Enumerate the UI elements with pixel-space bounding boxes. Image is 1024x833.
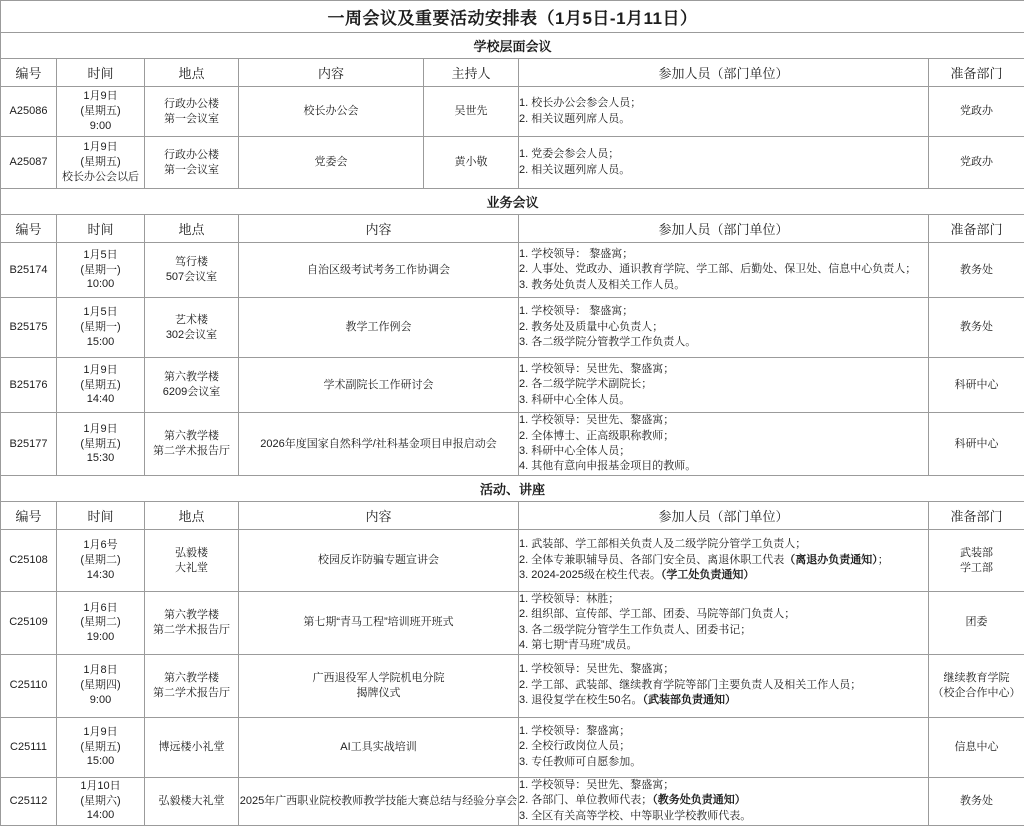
participants-text: 1. 学校领导： 黎盛寓； <box>519 248 633 260</box>
participants-line: 1. 学校领导： 黎盛寓； <box>519 247 928 262</box>
content-line: 第七期“青马工程”培训班开班式 <box>239 615 518 630</box>
cell-time: 1月5日(星期一)10:00 <box>57 243 145 298</box>
cell-prep: 武装部学工部 <box>929 530 1024 592</box>
participants-text: 2. 教务处及质量中心负责人； <box>519 321 663 333</box>
prep-line: 党政办 <box>929 104 1024 119</box>
cell-place: 艺术楼302会议室 <box>145 298 239 358</box>
time-line: 校长办公会以后 <box>57 170 144 185</box>
prep-line: 继续教育学院 <box>929 671 1024 686</box>
place-line: 6209会议室 <box>145 385 238 400</box>
cell-time: 1月8日(星期四)9:00 <box>57 654 145 717</box>
time-line: 1月10日 <box>57 779 144 794</box>
place-line: 第一会议室 <box>145 112 238 127</box>
place-line: 博远楼小礼堂 <box>145 740 238 755</box>
time-line: (星期二) <box>57 615 144 630</box>
column-header-place: 地点 <box>145 59 239 87</box>
time-line: (星期五) <box>57 155 144 170</box>
column-header-participants: 参加人员（部门单位） <box>519 215 929 243</box>
time-line: (星期二) <box>57 553 144 568</box>
cell-prep: 团委 <box>929 592 1024 655</box>
time-line: 1月6号 <box>57 538 144 553</box>
participants-text: 2. 全体专兼职辅导员、各部门安全员、离退休职工代表 <box>519 554 784 566</box>
column-header-content: 内容 <box>239 215 519 243</box>
prep-line: 教务处 <box>929 794 1024 809</box>
participants-text: ； <box>878 554 889 566</box>
place-line: 弘毅楼大礼堂 <box>145 794 238 809</box>
cell-prep: 党政办 <box>929 87 1024 137</box>
schedule-table: 一周会议及重要活动安排表（1月5日-1月11日） 学校层面会议编号时间地点内容主… <box>0 0 1024 826</box>
participants-text: 1. 学校领导：吴世先、黎盛寓； <box>519 414 674 426</box>
participants-text: 2. 组织部、宣传部、学工部、团委、马院等部门负责人； <box>519 608 795 620</box>
participants-line: 1. 学校领导：吴世先、黎盛寓； <box>519 362 928 377</box>
participants-text: 3. 各二级学院分管教学工作负责人。 <box>519 336 696 348</box>
participants-line: 2. 学工部、武装部、继续教育学院等部门主要负责人及相关工作人员； <box>519 678 928 693</box>
cell-prep: 教务处 <box>929 298 1024 358</box>
time-line: 14:30 <box>57 568 144 583</box>
prep-line: 武装部 <box>929 546 1024 561</box>
cell-place: 行政办公楼第一会议室 <box>145 87 239 137</box>
column-header-place: 地点 <box>145 215 239 243</box>
place-line: 大礼堂 <box>145 561 238 576</box>
participants-line: 3. 全区有关高等学校、中等职业学校教师代表。 <box>519 809 928 824</box>
cell-place: 弘毅楼大礼堂 <box>145 777 239 825</box>
prep-line: 科研中心 <box>929 437 1024 452</box>
participants-text: 2. 全体博士、正高级职称教师； <box>519 430 674 442</box>
table-row: C251081月6号(星期二)14:30弘毅楼大礼堂校园反诈防骗专题宣讲会1. … <box>1 530 1024 592</box>
time-line: (星期五) <box>57 378 144 393</box>
column-header-content: 内容 <box>239 59 424 87</box>
prep-line: 党政办 <box>929 155 1024 170</box>
participants-line: 2. 人事处、党政办、通识教育学院、学工部、后勤处、保卫处、信息中心负责人； <box>519 262 928 277</box>
cell-prep: 信息中心 <box>929 717 1024 777</box>
time-line: 1月9日 <box>57 422 144 437</box>
cell-time: 1月9日(星期五)15:30 <box>57 413 145 476</box>
participants-line: 3. 2024-2025级在校生代表。（学工处负责通知） <box>519 568 928 583</box>
cell-content: 2025年广西职业院校教师教学技能大赛总结与经验分享会 <box>239 777 519 825</box>
cell-prep: 科研中心 <box>929 413 1024 476</box>
participants-line: 4. 其他有意向申报基金项目的教师。 <box>519 459 928 474</box>
participants-notice-bold: （武装部负责通知） <box>642 694 736 706</box>
cell-place: 第六教学楼6209会议室 <box>145 358 239 413</box>
section-title: 活动、讲座 <box>1 476 1024 502</box>
participants-line: 1. 党委会参会人员； <box>519 147 928 162</box>
participants-line: 3. 专任教师可自愿参加。 <box>519 755 928 770</box>
table-row: B251751月5日(星期一)15:00艺术楼302会议室教学工作例会1. 学校… <box>1 298 1024 358</box>
column-header-participants: 参加人员（部门单位） <box>519 502 929 530</box>
cell-time: 1月5日(星期一)15:00 <box>57 298 145 358</box>
column-header-time: 时间 <box>57 502 145 530</box>
cell-time: 1月10日(星期六)14:00 <box>57 777 145 825</box>
participants-line: 2. 教务处及质量中心负责人； <box>519 320 928 335</box>
participants-text: 2. 相关议题列席人员。 <box>519 164 630 176</box>
place-line: 507会议室 <box>145 270 238 285</box>
participants-text: 3. 全区有关高等学校、中等职业学校教师代表。 <box>519 810 751 822</box>
place-line: 第六教学楼 <box>145 429 238 444</box>
table-row: A250861月9日(星期五)9:00行政办公楼第一会议室校长办公会吴世先1. … <box>1 87 1024 137</box>
time-line: (星期五) <box>57 437 144 452</box>
participants-line: 3. 各二级学院分管学生工作负责人、团委书记； <box>519 623 928 638</box>
page-title: 一周会议及重要活动安排表（1月5日-1月11日） <box>1 1 1024 33</box>
place-line: 第二学术报告厅 <box>145 686 238 701</box>
cell-participants: 1. 学校领导： 黎盛寓；2. 人事处、党政办、通识教育学院、学工部、后勤处、保… <box>519 243 929 298</box>
cell-prep: 教务处 <box>929 777 1024 825</box>
time-line: 15:00 <box>57 754 144 769</box>
cell-host: 黄小敬 <box>424 137 519 189</box>
cell-participants: 1. 武装部、学工部相关负责人及二级学院分管学工负责人；2. 全体专兼职辅导员、… <box>519 530 929 592</box>
cell-id: B25174 <box>1 243 57 298</box>
participants-text: 1. 学校领导：吴世先、黎盛寓； <box>519 663 674 675</box>
participants-text: 3. 各二级学院分管学生工作负责人、团委书记； <box>519 624 751 636</box>
cell-participants: 1. 学校领导：吴世先、黎盛寓；2. 学工部、武装部、继续教育学院等部门主要负责… <box>519 654 929 717</box>
content-line: 自治区级考试考务工作协调会 <box>239 263 518 278</box>
prep-line: 信息中心 <box>929 740 1024 755</box>
section-band-row: 业务会议 <box>1 189 1024 215</box>
prep-line: 教务处 <box>929 320 1024 335</box>
participants-text: 1. 学校领导：吴世先、黎盛寓； <box>519 779 674 791</box>
cell-time: 1月9日(星期五)14:40 <box>57 358 145 413</box>
cell-id: C25108 <box>1 530 57 592</box>
column-header-id: 编号 <box>1 59 57 87</box>
content-line: 2025年广西职业院校教师教学技能大赛总结与经验分享会 <box>239 794 518 809</box>
participants-line: 3. 退役复学在校生50名。（武装部负责通知） <box>519 693 928 708</box>
cell-participants: 1. 学校领导：黎盛寓；2. 全校行政岗位人员；3. 专任教师可自愿参加。 <box>519 717 929 777</box>
cell-content: 自治区级考试考务工作协调会 <box>239 243 519 298</box>
place-line: 第六教学楼 <box>145 370 238 385</box>
participants-line: 4. 第七期“青马班”成员。 <box>519 638 928 653</box>
cell-id: C25111 <box>1 717 57 777</box>
cell-place: 笃行楼507会议室 <box>145 243 239 298</box>
table-row: C251111月9日(星期五)15:00博远楼小礼堂AI工具实战培训1. 学校领… <box>1 717 1024 777</box>
cell-time: 1月9日(星期五)9:00 <box>57 87 145 137</box>
time-line: 15:00 <box>57 335 144 350</box>
time-line: 19:00 <box>57 630 144 645</box>
cell-prep: 教务处 <box>929 243 1024 298</box>
table-row: C251091月6日(星期二)19:00第六教学楼第二学术报告厅第七期“青马工程… <box>1 592 1024 655</box>
participants-notice-bold: （离退办负责通知） <box>784 554 878 566</box>
content-line: 校园反诈防骗专题宣讲会 <box>239 553 518 568</box>
time-line: (星期五) <box>57 740 144 755</box>
participants-text: 3. 2024-2025级在校生代表。 <box>519 569 661 581</box>
cell-id: B25175 <box>1 298 57 358</box>
participants-text: 2. 学工部、武装部、继续教育学院等部门主要负责人及相关工作人员； <box>519 679 861 691</box>
cell-content: 广西退役军人学院机电分院揭牌仪式 <box>239 654 519 717</box>
content-line: 2026年度国家自然科学/社科基金项目申报启动会 <box>239 437 518 452</box>
content-line: 学术副院长工作研讨会 <box>239 378 518 393</box>
column-header-host: 主持人 <box>424 59 519 87</box>
participants-line: 1. 学校领导：吴世先、黎盛寓； <box>519 662 928 677</box>
cell-place: 第六教学楼第二学术报告厅 <box>145 654 239 717</box>
participants-text: 4. 第七期“青马班”成员。 <box>519 639 638 651</box>
cell-place: 第六教学楼第二学术报告厅 <box>145 413 239 476</box>
place-line: 弘毅楼 <box>145 546 238 561</box>
column-header-time: 时间 <box>57 59 145 87</box>
cell-prep: 科研中心 <box>929 358 1024 413</box>
content-line: AI工具实战培训 <box>239 740 518 755</box>
prep-line: 科研中心 <box>929 378 1024 393</box>
cell-content: 2026年度国家自然科学/社科基金项目申报启动会 <box>239 413 519 476</box>
participants-text: 1. 武装部、学工部相关负责人及二级学院分管学工负责人； <box>519 538 806 550</box>
place-line: 行政办公楼 <box>145 148 238 163</box>
participants-line: 1. 学校领导：林胜； <box>519 592 928 607</box>
cell-participants: 1. 学校领导：吴世先、黎盛寓；2. 各二级学院学术副院长；3. 科研中心全体人… <box>519 358 929 413</box>
participants-text: 4. 其他有意向申报基金项目的教师。 <box>519 460 696 472</box>
content-line: 教学工作例会 <box>239 320 518 335</box>
participants-text: 1. 学校领导：吴世先、黎盛寓； <box>519 363 674 375</box>
cell-content: 第七期“青马工程”培训班开班式 <box>239 592 519 655</box>
cell-id: C25109 <box>1 592 57 655</box>
participants-text: 2. 各部门、单位教师代表； <box>519 794 652 806</box>
participants-line: 2. 相关议题列席人员。 <box>519 112 928 127</box>
cell-id: A25086 <box>1 87 57 137</box>
column-header-row: 编号时间地点内容参加人员（部门单位）准备部门 <box>1 502 1024 530</box>
section-band-row: 学校层面会议 <box>1 33 1024 59</box>
title-row: 一周会议及重要活动安排表（1月5日-1月11日） <box>1 1 1024 33</box>
cell-place: 博远楼小礼堂 <box>145 717 239 777</box>
time-line: 9:00 <box>57 693 144 708</box>
column-header-prep: 准备部门 <box>929 59 1024 87</box>
participants-text: 1. 学校领导： 黎盛寓； <box>519 305 633 317</box>
cell-time: 1月9日(星期五)校长办公会以后 <box>57 137 145 189</box>
participants-text: 3. 科研中心全体人员； <box>519 445 630 457</box>
place-line: 302会议室 <box>145 328 238 343</box>
content-line: 党委会 <box>239 155 423 170</box>
cell-id: C25112 <box>1 777 57 825</box>
participants-notice-bold: （教务处负责通知） <box>652 794 746 806</box>
time-line: 1月5日 <box>57 248 144 263</box>
participants-line: 1. 学校领导：吴世先、黎盛寓； <box>519 413 928 428</box>
section-band-row: 活动、讲座 <box>1 476 1024 502</box>
cell-place: 行政办公楼第一会议室 <box>145 137 239 189</box>
participants-text: 2. 相关议题列席人员。 <box>519 113 630 125</box>
column-header-content: 内容 <box>239 502 519 530</box>
participants-text: 1. 学校领导：黎盛寓； <box>519 725 630 737</box>
cell-content: 校长办公会 <box>239 87 424 137</box>
column-header-row: 编号时间地点内容主持人参加人员（部门单位）准备部门 <box>1 59 1024 87</box>
place-line: 笃行楼 <box>145 255 238 270</box>
participants-text: 3. 专任教师可自愿参加。 <box>519 756 641 768</box>
table-row: C251121月10日(星期六)14:00弘毅楼大礼堂2025年广西职业院校教师… <box>1 777 1024 825</box>
time-line: 14:00 <box>57 808 144 823</box>
participants-line: 3. 科研中心全体人员； <box>519 444 928 459</box>
column-header-prep: 准备部门 <box>929 502 1024 530</box>
column-header-row: 编号时间地点内容参加人员（部门单位）准备部门 <box>1 215 1024 243</box>
cell-id: B25177 <box>1 413 57 476</box>
cell-participants: 1. 校长办公会参会人员；2. 相关议题列席人员。 <box>519 87 929 137</box>
time-line: 1月5日 <box>57 305 144 320</box>
cell-place: 第六教学楼第二学术报告厅 <box>145 592 239 655</box>
cell-content: 校园反诈防骗专题宣讲会 <box>239 530 519 592</box>
participants-text: 2. 人事处、党政办、通识教育学院、学工部、后勤处、保卫处、信息中心负责人； <box>519 263 916 275</box>
cell-content: AI工具实战培训 <box>239 717 519 777</box>
participants-line: 2. 组织部、宣传部、学工部、团委、马院等部门负责人； <box>519 607 928 622</box>
participants-line: 3. 各二级学院分管教学工作负责人。 <box>519 335 928 350</box>
cell-participants: 1. 学校领导：吴世先、黎盛寓；2. 全体博士、正高级职称教师；3. 科研中心全… <box>519 413 929 476</box>
participants-line: 1. 学校领导：吴世先、黎盛寓； <box>519 778 928 793</box>
participants-line: 2. 全校行政岗位人员； <box>519 739 928 754</box>
column-header-prep: 准备部门 <box>929 215 1024 243</box>
participants-text: 1. 学校领导：林胜； <box>519 593 619 605</box>
cell-prep: 继续教育学院（校企合作中心） <box>929 654 1024 717</box>
participants-line: 2. 相关议题列席人员。 <box>519 163 928 178</box>
cell-content: 党委会 <box>239 137 424 189</box>
place-line: 第二学术报告厅 <box>145 444 238 459</box>
column-header-place: 地点 <box>145 502 239 530</box>
prep-line: （校企合作中心） <box>929 686 1024 701</box>
time-line: (星期六) <box>57 794 144 809</box>
place-line: 第一会议室 <box>145 163 238 178</box>
time-line: 14:40 <box>57 392 144 407</box>
column-header-participants: 参加人员（部门单位） <box>519 59 929 87</box>
cell-time: 1月6日(星期二)19:00 <box>57 592 145 655</box>
place-line: 行政办公楼 <box>145 97 238 112</box>
time-line: 1月9日 <box>57 363 144 378</box>
participants-line: 2. 全体博士、正高级职称教师； <box>519 429 928 444</box>
participants-text: 1. 校长办公会参会人员； <box>519 97 641 109</box>
cell-content: 教学工作例会 <box>239 298 519 358</box>
cell-time: 1月9日(星期五)15:00 <box>57 717 145 777</box>
time-line: 1月8日 <box>57 663 144 678</box>
time-line: 10:00 <box>57 277 144 292</box>
participants-line: 3. 教务处负责人及相关工作人员。 <box>519 278 928 293</box>
cell-prep: 党政办 <box>929 137 1024 189</box>
cell-id: B25176 <box>1 358 57 413</box>
table-row: B251771月9日(星期五)15:30第六教学楼第二学术报告厅2026年度国家… <box>1 413 1024 476</box>
time-line: (星期一) <box>57 263 144 278</box>
schedule-page: 一周会议及重要活动安排表（1月5日-1月11日） 学校层面会议编号时间地点内容主… <box>0 0 1024 833</box>
participants-text: 3. 科研中心全体人员。 <box>519 394 630 406</box>
participants-line: 3. 科研中心全体人员。 <box>519 393 928 408</box>
participants-line: 2. 各部门、单位教师代表；（教务处负责通知） <box>519 793 928 808</box>
participants-line: 1. 学校领导：黎盛寓； <box>519 724 928 739</box>
prep-line: 学工部 <box>929 561 1024 576</box>
participants-line: 1. 校长办公会参会人员； <box>519 96 928 111</box>
time-line: (星期四) <box>57 678 144 693</box>
time-line: 1月9日 <box>57 89 144 104</box>
participants-notice-bold: （学工处负责通知） <box>661 569 755 581</box>
place-line: 第六教学楼 <box>145 671 238 686</box>
time-line: 9:00 <box>57 119 144 134</box>
participants-line: 1. 武装部、学工部相关负责人及二级学院分管学工负责人； <box>519 537 928 552</box>
place-line: 第二学术报告厅 <box>145 623 238 638</box>
participants-text: 1. 党委会参会人员； <box>519 148 619 160</box>
time-line: 1月6日 <box>57 601 144 616</box>
cell-participants: 1. 学校领导：吴世先、黎盛寓；2. 各部门、单位教师代表；（教务处负责通知）3… <box>519 777 929 825</box>
participants-text: 3. 退役复学在校生50名。 <box>519 694 642 706</box>
table-row: A250871月9日(星期五)校长办公会以后行政办公楼第一会议室党委会黄小敬1.… <box>1 137 1024 189</box>
place-line: 第六教学楼 <box>145 608 238 623</box>
time-line: 1月9日 <box>57 140 144 155</box>
table-row: C251101月8日(星期四)9:00第六教学楼第二学术报告厅广西退役军人学院机… <box>1 654 1024 717</box>
content-line: 广西退役军人学院机电分院 <box>239 671 518 686</box>
time-line: (星期一) <box>57 320 144 335</box>
cell-place: 弘毅楼大礼堂 <box>145 530 239 592</box>
participants-text: 3. 教务处负责人及相关工作人员。 <box>519 279 685 291</box>
participants-text: 2. 各二级学院学术副院长； <box>519 378 652 390</box>
column-header-time: 时间 <box>57 215 145 243</box>
cell-id: C25110 <box>1 654 57 717</box>
table-row: B251761月9日(星期五)14:40第六教学楼6209会议室学术副院长工作研… <box>1 358 1024 413</box>
prep-line: 教务处 <box>929 263 1024 278</box>
place-line: 艺术楼 <box>145 313 238 328</box>
cell-host: 吴世先 <box>424 87 519 137</box>
column-header-id: 编号 <box>1 215 57 243</box>
cell-content: 学术副院长工作研讨会 <box>239 358 519 413</box>
cell-time: 1月6号(星期二)14:30 <box>57 530 145 592</box>
cell-participants: 1. 学校领导：林胜；2. 组织部、宣传部、学工部、团委、马院等部门负责人；3.… <box>519 592 929 655</box>
section-title: 业务会议 <box>1 189 1024 215</box>
time-line: 15:30 <box>57 451 144 466</box>
content-line: 揭牌仪式 <box>239 686 518 701</box>
cell-participants: 1. 学校领导： 黎盛寓；2. 教务处及质量中心负责人；3. 各二级学院分管教学… <box>519 298 929 358</box>
prep-line: 团委 <box>929 615 1024 630</box>
content-line: 校长办公会 <box>239 104 423 119</box>
time-line: 1月9日 <box>57 725 144 740</box>
time-line: (星期五) <box>57 104 144 119</box>
participants-text: 2. 全校行政岗位人员； <box>519 740 630 752</box>
participants-line: 2. 各二级学院学术副院长； <box>519 377 928 392</box>
column-header-id: 编号 <box>1 502 57 530</box>
participants-line: 1. 学校领导： 黎盛寓； <box>519 304 928 319</box>
section-title: 学校层面会议 <box>1 33 1024 59</box>
cell-participants: 1. 党委会参会人员；2. 相关议题列席人员。 <box>519 137 929 189</box>
participants-line: 2. 全体专兼职辅导员、各部门安全员、离退休职工代表（离退办负责通知）； <box>519 553 928 568</box>
table-row: B251741月5日(星期一)10:00笃行楼507会议室自治区级考试考务工作协… <box>1 243 1024 298</box>
cell-id: A25087 <box>1 137 57 189</box>
